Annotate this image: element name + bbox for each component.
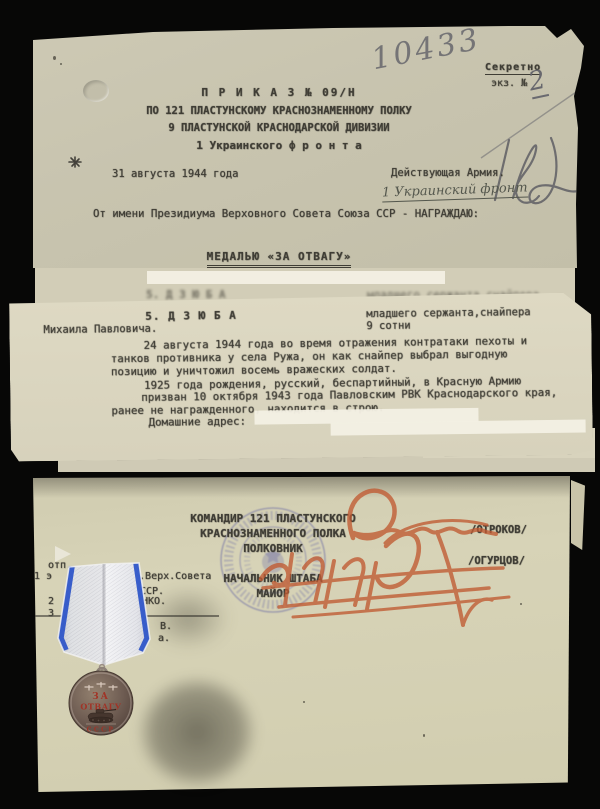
order-subtitle-regiment: ПО 121 ПЛАСТУНСКОМУ КРАСНОЗНАМЕННОМУ ПОЛ… [69,105,489,117]
paper-sliver [571,480,585,550]
medal-ribbon [58,563,150,665]
medal-za-otvagu: ЗА ОТВАГУ СССР [20,540,300,809]
address-label: Домашние адрес: [148,415,246,429]
ghost-entry-name: 5. Д З Ю Б А [146,288,225,301]
order-heading: П Р И К А З № 09/Н ПО 121 ПЛАСТУНСКОМУ К… [69,86,489,152]
redaction-band [331,420,586,436]
ink-speck [60,63,62,65]
medal-disc: ЗА ОТВАГУ СССР [69,671,133,735]
medal-awarded-label: МЕДАЛЬЮ «ЗА ОТВАГУ» [207,250,352,268]
scanned-award-order-document: 5. Д З Ю Б А младшего сержанта,снайпера … [0,0,600,809]
order-title: П Р И К А З № 09/Н [69,86,489,99]
ink-speck [53,56,56,60]
active-army-label: Действующая Армия. [391,167,505,179]
order-page: 10433 Секретно экз. № 2 П Р И К А З № 09… [33,24,585,268]
citation-fragment: 5. Д З Ю Б А младшего сержанта,снайпера … [9,292,593,461]
paper-speck [423,734,425,737]
order-subtitle-front: 1 Украинского ф р о н т а [69,139,489,152]
paper-speck [303,701,305,703]
order-date: 31 августа 1944 года [112,168,238,180]
entry-unit: 9 сотни [366,320,410,333]
entry-number-name: 5. Д З Ю Б А [145,309,237,323]
medal-word-za: ЗА [92,692,110,702]
redaction-band [147,271,445,284]
entry-patronymic: Михаила Павловича. [43,323,157,336]
medal-line-wrap: МЕДАЛЬЮ «ЗА ОТВАГУ» [69,245,489,268]
entry-rank: младшего сержанта,снайпера [366,306,531,320]
order-subtitle-division: 9 ПЛАСТУНСКОЙ КРАСНОДАРСКОЙ ДИВИЗИИ [69,122,489,134]
award-proclamation: От имени Президиума Верховного Совета Со… [93,207,479,220]
ink-blot-star [67,154,83,170]
medal-word-cccp: СССР [87,727,116,734]
paper-speck [520,603,522,605]
